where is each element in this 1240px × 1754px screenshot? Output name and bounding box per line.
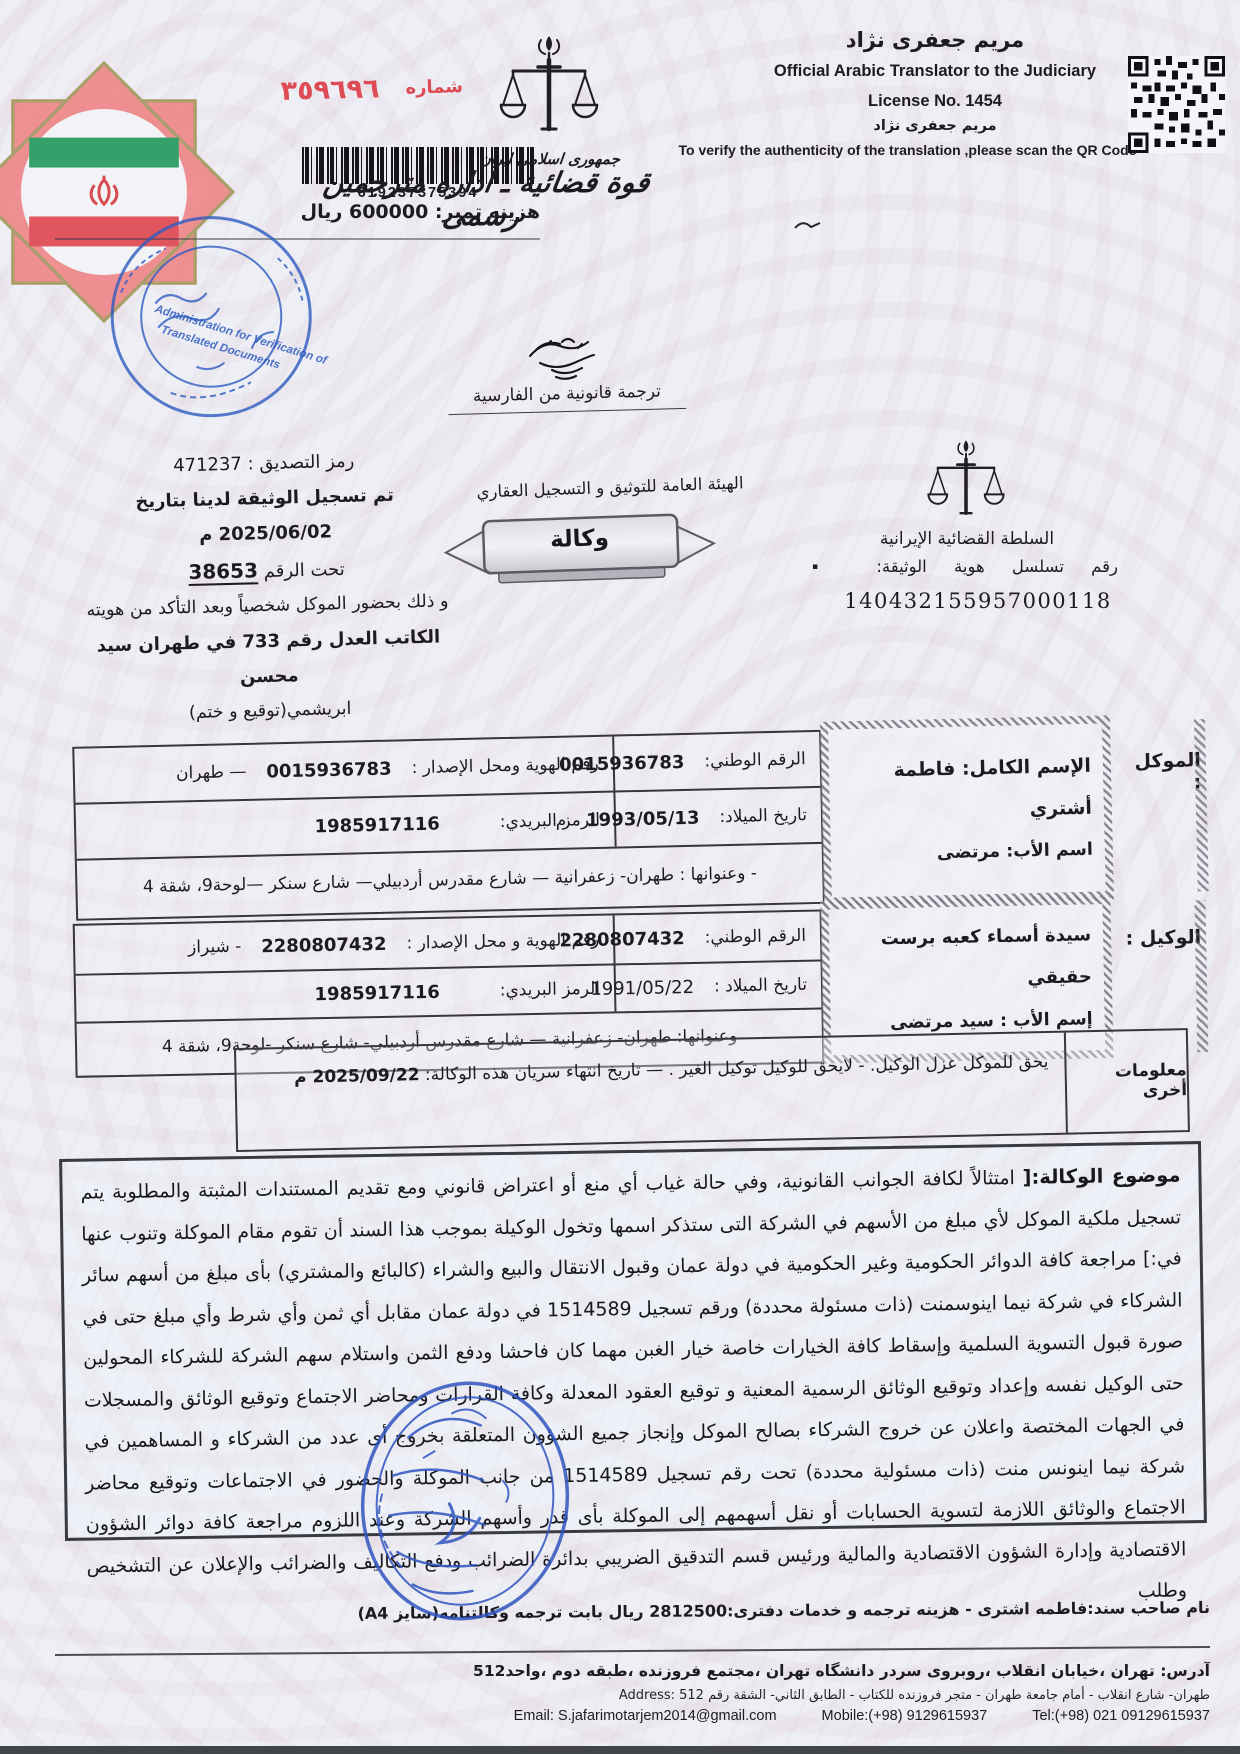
deed-owner-fee-line: نام صاحب سند:فاطمه اشترى - هزينه ترجمه و…: [55, 1598, 1210, 1625]
notary-line: الكاتب العدل رقم 733 في طهران سيد محسن: [79, 619, 459, 699]
registration-date-line: تم تسجيل الوثيقة لدينا بتاريخ 2025/06/02…: [75, 476, 455, 556]
justice-scales-icon: [497, 33, 601, 153]
id-issue-value: 0015936783: [266, 758, 392, 782]
principal-role-label: الموكل :: [1121, 749, 1202, 795]
principal-grid: الرقم الوطني: 0015936783 رقم الهوية ومحل…: [72, 730, 825, 921]
postal-value: 1985917116: [314, 981, 440, 1004]
red-serial-stamp: شماره ٣٥٩٦٩٦: [238, 71, 464, 108]
judicial-authority-name: السلطة القضائية الإيرانية: [842, 529, 1092, 549]
agent-role-label: الوكيل :: [1121, 926, 1201, 950]
scan-edge-strip: [0, 1746, 1240, 1754]
doc-serial-label: رقم تسلسل هوية الوثيقة:: [876, 557, 1118, 576]
postal-label: الرمز البريدي:: [500, 810, 601, 832]
agent-birth-cell: تاريخ الميلاد : 1991/05/22: [616, 962, 822, 1012]
other-info-header: معلومات أخرى: [1066, 1030, 1188, 1132]
translator-title-en: Official Arabic Translator to the Judici…: [700, 62, 1170, 81]
birth-label: تاريخ الميلاد:: [719, 805, 807, 827]
id-issue-label: رقم الهوية ومحل الإصدار :: [411, 754, 599, 778]
principal-full-name: الإسم الكامل: فاطمة أشتري: [841, 745, 1093, 835]
id-issue-value: 2280807432: [261, 933, 387, 956]
agent-national-id-cell: الرقم الوطني: 2280807432: [615, 912, 821, 964]
hatch-strip: [1194, 719, 1209, 891]
expiry-date: 2025/09/22 م: [294, 1065, 420, 1088]
other-info-text: يحق للموكل عزل الوكيل. - لايحق للوكيل تو…: [425, 1052, 1049, 1085]
address-fa: آدرس: تهران ،خيابان انقلاب ،روبروى سردر …: [100, 1662, 1210, 1680]
divider-line: [55, 1646, 1210, 1656]
id-issue-place: - شيراز: [188, 937, 242, 958]
serial-number: ٣٥٩٦٩٦: [280, 73, 380, 107]
serial-bullet: ▪: [812, 562, 818, 572]
doc-serial-label-row: رقم تسلسل هوية الوثيقة: ▪: [812, 557, 1118, 576]
contact-row: Email: S.jafarimotarjem2014@gmail.com Mo…: [55, 1708, 1210, 1724]
other-info-table: معلومات أخرى يحق للموكل عزل الوكيل. - لا…: [234, 1028, 1196, 1156]
serial-label: شماره: [405, 76, 463, 98]
justice-scales-small-icon: [925, 438, 1007, 532]
qr-code: [1128, 56, 1225, 153]
other-info-content: يحق للموكل عزل الوكيل. - لايحق للوكيل تو…: [238, 1033, 1066, 1150]
principal-name-box: الإسم الكامل: فاطمة أشتري اسم الأب: مرتض…: [820, 715, 1114, 906]
subject-title: موضوع الوكالة:[: [1022, 1163, 1180, 1188]
translator-signature-stamp: [311, 1339, 619, 1664]
translator-name-fa: مريم جعفرى نژاد: [700, 28, 1170, 52]
tel-text: Tel:(+98) 021 09129615937: [1032, 1708, 1210, 1724]
judiciary-translators-script: قوة قضائية ـ اداره مترجمين رسمى: [283, 166, 685, 232]
principal-father-name: اسم الأب: مرتضى: [842, 829, 1093, 877]
agent-full-name: سيدة أسماء كعبه برست حقيقي: [841, 914, 1093, 1003]
scanned-document-page: شماره ٣٥٩٦٩٦ 619237375394 هزينه تمبر: 60…: [0, 0, 1240, 1754]
birth-label: تاريخ الميلاد :: [714, 975, 807, 997]
qr-verification-note: To verify the authenticity of the transl…: [620, 142, 1195, 158]
pen-mark: [793, 218, 823, 234]
principal-national-id-cell: الرقم الوطني: 0015936783: [614, 732, 820, 791]
wakala-banner: وكالة: [441, 507, 720, 597]
mobile-text: Mobile:(+98) 9129615937: [822, 1708, 988, 1724]
under-number-value: 38653: [188, 558, 258, 584]
flag-green-stripe: [29, 138, 179, 168]
postal-value: 1985917116: [314, 813, 440, 837]
certification-block: رمز التصديق : 471237 تم تسجيل الوثيقة لد…: [74, 441, 459, 734]
email-text: Email: S.jafarimotarjem2014@gmail.com: [514, 1708, 777, 1724]
under-number-label: تحت الرقم: [263, 559, 345, 582]
national-id-label: الرقم الوطني:: [704, 926, 806, 948]
postal-label: الرمز البريدي:: [500, 979, 601, 1001]
translator-name-fa-small: مريم جعفرى نژاد: [700, 118, 1170, 134]
other-info-box: معلومات أخرى يحق للموكل عزل الوكيل. - لا…: [234, 1028, 1190, 1152]
principal-birth-cell: تاريخ الميلاد: 1993/05/13 م: [615, 788, 821, 847]
translation-heading: ترجمة قانونية من الفارسية: [448, 381, 687, 415]
subject-body: امتثالاً لكافة الجوانب القانونية، وفي حا…: [80, 1167, 1187, 1602]
license-number: License No. 1454: [700, 92, 1170, 111]
national-id-label: الرقم الوطني:: [704, 749, 806, 771]
hatch-strip: [1194, 900, 1208, 1052]
id-issue-label: رقم الهوية و محل الإصدار :: [406, 930, 599, 954]
id-issue-place: — طهران: [176, 762, 247, 784]
subject-of-attorney: موضوع الوكالة:[ امتثالاً لكافة الجوانب ا…: [59, 1141, 1207, 1541]
bismillah-calligraphy-icon: [522, 330, 602, 382]
registry-org-name: الهيئة العامة للتوثيق و التسجيل العقاري: [462, 473, 758, 502]
doc-serial-value: 140432155957000118: [833, 589, 1123, 613]
address-ar: طهران- شارع انقلاب - أمام جامعة طهران - …: [100, 1688, 1210, 1703]
